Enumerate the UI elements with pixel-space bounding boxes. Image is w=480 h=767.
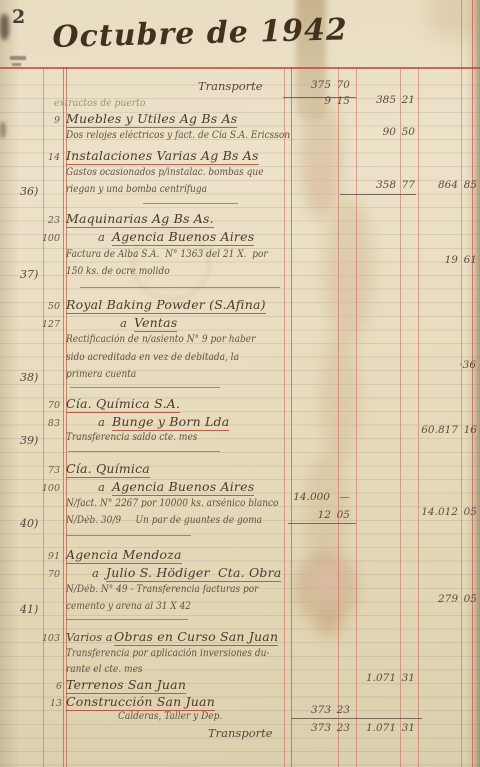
subtotal-line xyxy=(340,194,416,195)
amount-cents: 23 xyxy=(337,704,350,716)
amount: 279 xyxy=(438,593,458,605)
pencil-note: extractos de puerto xyxy=(54,98,145,109)
detail-line: primera cuenta xyxy=(66,369,136,380)
folio-no: 50 xyxy=(48,301,60,312)
account-title: Agencia Mendoza xyxy=(66,547,182,564)
contra-prefix: a xyxy=(120,316,127,330)
folio-no: 70 xyxy=(48,400,60,411)
detail-line: Rectificación de n/asiento N° 9 por habe… xyxy=(66,334,255,345)
red-vertical-rule xyxy=(338,67,339,767)
amount-cents: — xyxy=(340,491,351,503)
contra-prefix: a xyxy=(92,566,99,580)
red-vertical-rule xyxy=(43,67,44,767)
amount-cents: 31 xyxy=(402,722,415,734)
account-title: Terrenos San Juan xyxy=(66,677,186,694)
contra-account: Julio S. Hödiger Cta. Obra xyxy=(106,565,281,582)
detail-line: 150 ks. de ocre molido xyxy=(66,266,170,277)
entry-no: 39) xyxy=(20,434,38,447)
contra-prefix: a xyxy=(98,230,105,244)
subtotal-line xyxy=(288,523,356,524)
entry-separator xyxy=(66,619,188,620)
red-vertical-rule xyxy=(400,67,401,767)
folio-no: 73 xyxy=(48,465,60,476)
contra-prefix: a xyxy=(98,480,105,494)
folio-no: 100 xyxy=(42,233,60,244)
amount: 9 xyxy=(324,95,331,107)
account-title: Construcción San Juan xyxy=(66,694,215,711)
folio-no: 14 xyxy=(48,152,60,163)
detail-line: Calderas, Taller y Dep. xyxy=(118,711,222,722)
amount-cents: 70 xyxy=(337,79,350,91)
amount-cents: 85 xyxy=(464,179,477,191)
entry-no: 38) xyxy=(20,371,38,384)
carry-forward-label: Transporte xyxy=(208,726,273,740)
amount: 385 xyxy=(376,94,396,106)
stain-tint xyxy=(310,140,334,220)
amount: 12 xyxy=(318,509,331,521)
entry-no: 40) xyxy=(20,517,38,530)
red-vertical-rule xyxy=(63,67,64,767)
amount-cents: 61 xyxy=(464,254,477,266)
account-title: Royal Baking Powder (S.Afina) xyxy=(66,297,266,314)
account-title: Muebles y Utiles Ag Bs As xyxy=(66,111,237,128)
entry-separator xyxy=(143,203,238,204)
amount: 1.071 xyxy=(366,722,396,734)
amount-cents: 77 xyxy=(402,179,415,191)
red-vertical-rule xyxy=(461,0,462,767)
folio-no: 83 xyxy=(48,418,60,429)
detail-line: Transferencia por aplicación inversiones… xyxy=(66,648,269,659)
detail-line: Gastos ocasionados p/instalac. bombas qu… xyxy=(66,167,264,178)
detail-line: N/Déb. 30/9 Un par de guantes de goma xyxy=(66,515,262,526)
amount-cents: 21 xyxy=(402,94,415,106)
amount: 358 xyxy=(376,179,396,191)
entry-separator xyxy=(68,451,220,452)
contra-account: Ventas xyxy=(134,315,177,332)
amount-cents: 23 xyxy=(337,722,350,734)
entry-no: 37) xyxy=(20,268,38,281)
red-vertical-rule xyxy=(472,0,473,767)
folio-no: 6 xyxy=(56,681,62,692)
amount: 864 xyxy=(438,179,458,191)
red-vertical-rule xyxy=(418,67,419,767)
amount: 60.817 xyxy=(421,424,458,436)
amount: 14.000 xyxy=(293,491,330,503)
subtotal-line xyxy=(291,718,422,719)
folio-no: 23 xyxy=(48,215,60,226)
folio-no: 13 xyxy=(50,698,62,709)
amount: 90 xyxy=(383,126,396,138)
detail-line: Factura de Alba S.A. N° 1363 del 21 X. p… xyxy=(66,249,268,260)
detail-line: Dos relojes eléctricos y fact. de Cía S.… xyxy=(66,130,290,141)
amount-cents: 05 xyxy=(464,506,477,518)
folio-no: 127 xyxy=(42,319,60,330)
folio-no: 9 xyxy=(54,115,60,126)
amount-cents: 50 xyxy=(402,126,415,138)
amount-cents: 05 xyxy=(337,509,350,521)
stain-blob xyxy=(321,333,359,465)
detail-line: rante el cte. mes xyxy=(66,664,143,675)
red-vertical-rule xyxy=(284,67,285,767)
contra-prefix: a xyxy=(98,415,105,429)
folio-no: 100 xyxy=(42,483,60,494)
account-title: Maquinarias Ag Bs As. xyxy=(66,211,214,228)
detail-line: Transferencia saldo cte. mes xyxy=(66,432,197,443)
amount: 1.071 xyxy=(366,672,396,684)
amount: 373 xyxy=(311,722,331,734)
account-title: Instalaciones Varias Ag Bs As xyxy=(66,148,259,165)
binding-mark xyxy=(0,14,9,40)
ink-smudge xyxy=(10,56,26,60)
detail-line: N/Déb. N° 49 - Transferencia facturas po… xyxy=(66,584,258,595)
entry-no: 41) xyxy=(20,603,38,616)
contra-account: Agencia Buenos Aires xyxy=(112,479,254,496)
entry-no: 36) xyxy=(20,185,38,198)
header-red-line xyxy=(0,67,480,69)
account-title: Cía. Química S.A. xyxy=(66,396,180,413)
amount-cents: 16 xyxy=(464,424,477,436)
page-number: 2 xyxy=(12,6,25,28)
ink-smudge xyxy=(12,63,21,66)
folio-no: 91 xyxy=(48,551,60,562)
amount: 375 xyxy=(311,79,331,91)
amount: 14.012 xyxy=(421,506,458,518)
contra-account: Bunge y Born Lda xyxy=(112,414,229,431)
contra-account: Obras en Curso San Juan xyxy=(114,629,278,646)
account-title: Cía. Química xyxy=(66,461,150,478)
page-edge-shadow-right xyxy=(473,0,480,767)
amount-cents: 05 xyxy=(464,593,477,605)
amount: 373 xyxy=(311,704,331,716)
stain-tint xyxy=(332,250,358,340)
entry-separator xyxy=(80,287,280,288)
red-vertical-rule xyxy=(291,67,292,767)
amount-cents: 15 xyxy=(337,95,350,107)
detail-line: cemento y arena al 31 X 42 xyxy=(66,601,191,612)
detail-line: riegan y una bomba centrífuga xyxy=(66,184,207,195)
amount: 19 xyxy=(445,254,458,266)
amount-cents: 31 xyxy=(402,672,415,684)
amount-cents: ·36 xyxy=(459,359,476,371)
carry-forward-label: Transporte xyxy=(198,79,263,93)
red-vertical-rule xyxy=(356,67,357,767)
entry-separator xyxy=(70,387,220,388)
account-title: Varios a xyxy=(66,630,113,644)
folio-no: 103 xyxy=(42,633,60,644)
binding-mark xyxy=(0,122,6,138)
detail-line: sido acreditada en vez de debitada, la xyxy=(66,352,239,363)
entry-separator xyxy=(66,535,191,536)
ledger-page: 2 Octubre de 1942 Transporte37570extract… xyxy=(0,0,480,767)
stain-tint xyxy=(308,558,350,604)
detail-line: N/fact. N° 2267 por 10000 ks. arsénico b… xyxy=(66,498,278,509)
contra-account: Agencia Buenos Aires xyxy=(112,229,254,246)
folio-no: 70 xyxy=(48,569,60,580)
